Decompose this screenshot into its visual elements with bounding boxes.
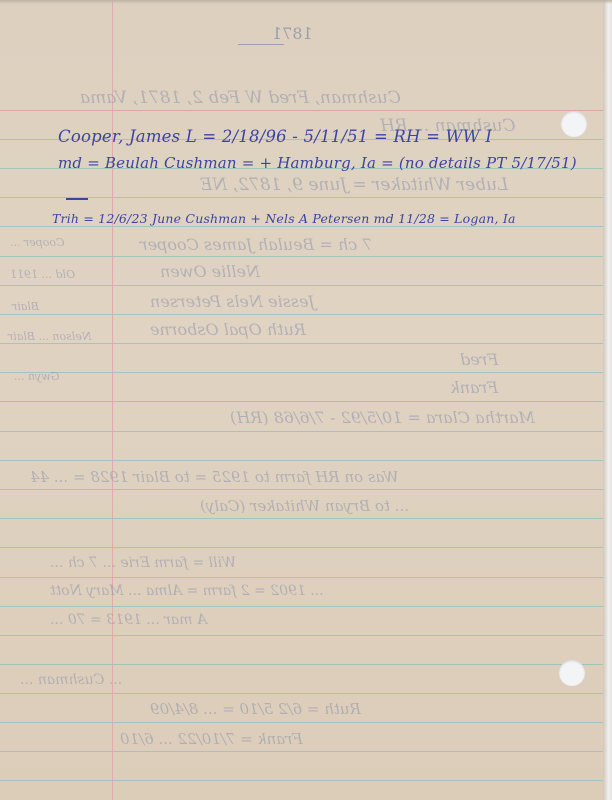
ruled-line [0,314,603,315]
punch-hole-top [561,111,587,137]
header-year: 1871 [272,24,313,43]
pencil-line: Frank [450,378,498,397]
pencil-line: ... 1902 = 2 farm = Alma ... Mary Nott [50,583,324,599]
ruled-line [0,197,603,198]
ruled-line [0,577,603,578]
header-underline [238,44,284,45]
ink-entry-marriage: md = Beulah Cushman = + Hamburg, Ia = (n… [58,154,577,172]
ruled-line [0,547,603,548]
ink-entry-trih: Trih = 12/6/23 June Cushman + Nels A Pet… [52,211,516,226]
pencil-line: A mar ... 1913 = 70 ... [50,612,207,628]
ruled-line [0,780,603,781]
pencil-line: Martha Clara = 10/5/92 - 7/6/68 (RH) [230,408,535,427]
ruled-line [0,372,603,373]
pencil-line: Was on RH farm to 1925 = to Blair 1928 =… [30,468,399,486]
pencil-line: Ruth = 6/2 5/10 = ... 8/4/09 [150,700,361,718]
ruled-line [0,460,603,461]
pencil-line: ... Cushman ... [20,672,122,688]
pencil-line: ... to Bryan Whitaker (Caly) [200,497,409,515]
ruled-line [0,693,603,694]
pencil-line: Fred [460,350,498,369]
margin-note: Blair [12,300,39,313]
punch-hole-bottom [559,660,585,686]
margin-note: Nelson ... Blair [8,330,91,343]
top-shadow [0,0,612,4]
ruled-line [0,664,603,665]
ruled-line [0,226,603,227]
pencil-line: Cushman, Fred W Feb 2, 1871, Vama [80,88,401,108]
top-ruled-line [0,110,603,111]
ruled-line [0,285,603,286]
ruled-line [0,751,603,752]
margin-note: Gwyn ... [14,370,60,383]
pencil-line: Will = farm Erie ... 7 ch ... [50,555,236,571]
ruled-line [0,489,603,490]
pencil-line: Frank = 7/10/22 ... 6/10 [120,730,303,748]
ruled-line [0,722,603,723]
pencil-line: Nellie Owen [160,262,260,281]
ruled-line [0,343,603,344]
margin-note: Old ... 1911 [10,268,75,281]
ruled-line [0,256,603,257]
ink-dash [66,198,88,200]
notebook-page: 1871 Cushman, Fred W Feb 2, 1871, Vama C… [0,0,603,800]
ruled-line [0,606,603,607]
ruled-line [0,401,603,402]
pencil-line: Ruth Opal Osborne [150,320,306,339]
page-edge [603,0,612,800]
pencil-line: 7 ch = Beulah James Cooper [140,235,372,254]
pencil-line: Luber Whitaker = June 9, 1872, NE [200,175,508,195]
ruled-line [0,431,603,432]
margin-note: Cooper ... [10,236,64,249]
ink-entry-name-dates: Cooper, James L = 2/18/96 - 5/11/51 = RH… [58,127,492,146]
ruled-line [0,635,603,636]
pencil-line: Jessie Nels Petersen [150,292,315,311]
ruled-line [0,518,603,519]
